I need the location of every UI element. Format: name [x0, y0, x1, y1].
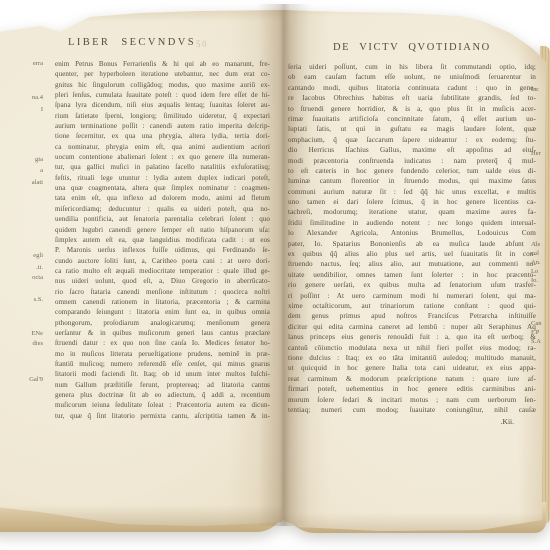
text-line: mo in muſicos litterata perueſtigatione … [55, 349, 270, 359]
text-line: ca nominatur, phrygia enim eſt, qua anim… [55, 142, 270, 152]
margin-note: s.S. [34, 296, 43, 303]
book-photo: LIBER SECVNDVS 50 enim Petrus Bonus Ferr… [0, 0, 550, 550]
text-line: pthongorum, proſodiarum analogicarumq; m… [55, 318, 270, 328]
margin-note: Gal'9 [29, 376, 43, 383]
signature-mark: .Kii. [288, 417, 514, 426]
text-line: omnem canendi rationem in litatoria, præ… [55, 297, 270, 307]
right-body-text: ſeria uideri poſſunt, cum in his libera … [288, 62, 536, 415]
text-line: uocum contentione abalienari ſolent : ex… [55, 152, 270, 162]
margin-note: a [40, 167, 43, 174]
text-line: pater, Io. Spatarius Bononienſis ab ea m… [288, 239, 536, 249]
text-line: cantuū cōiunctio modulata nexa ut nihil … [288, 343, 536, 353]
text-line: modi præcentoria conſtruenda iudicatus :… [288, 156, 536, 166]
margin-note: Can [531, 320, 541, 327]
text-line: tentiaq; numeri cum modoq; ſuauitate con… [288, 405, 536, 415]
margin-note: ENe [31, 330, 43, 337]
text-line: rio ſacro ſtataria canendi menſione inſt… [55, 287, 270, 297]
text-line: muſicorum ieiuna ſedulitate ſoleat : Præ… [55, 400, 270, 410]
text-line: tachreſi, modorumq; iteratione utatur, q… [288, 207, 536, 217]
text-line: luptati ſatis, ut qui in guſtatu ea magi… [288, 124, 536, 134]
left-folio-number-ghost: 50 [196, 39, 208, 49]
text-line: firmari poteſt, uehementius in hoc gener… [288, 384, 536, 394]
text-line: to ſtruendi genere horridior, & is a, qu… [288, 104, 536, 114]
text-line: quenter, per hyperboleen iteratione uteb… [55, 69, 270, 79]
margin-note: An. [531, 259, 541, 266]
text-line: ſtantiū muſicoq; numero referendū eſſe c… [55, 359, 270, 369]
text-line: dio Herricus Iſachius Gallus, maxime eſt… [288, 145, 536, 155]
margin-note: alati [32, 179, 43, 186]
text-line: ſtidii ſimilitudine in audiendo notent :… [288, 218, 536, 228]
left-running-header: LIBER SECVNDVS [68, 37, 196, 48]
margin-note: egli [33, 252, 43, 259]
text-line: dicitur qui edita carmina caneret ad lem… [288, 322, 536, 332]
text-line: nus uideri uolunt, quod eſt, a, Diuo Gre… [55, 276, 270, 286]
text-line: rium ſatietate ſperni, longiorq; ſimilit… [55, 111, 270, 121]
text-line: ri poſſint : At uero carminum modi hi nu… [288, 291, 536, 301]
text-line: reat carminum & modorum præſcriptione na… [288, 374, 536, 384]
text-line: ſpana lyra dicendum, niſi eius æqualis l… [55, 100, 270, 110]
text-line: quidem lugubri canendi genere ſemper eſt… [55, 225, 270, 235]
margin-note: Her [531, 150, 541, 157]
text-line: lo Alexander Agricola, Antonius Brumellu… [288, 228, 536, 238]
text-line: pleri ſenſus, cumulata ſuauitate poteſt … [55, 90, 270, 100]
left-body-text: enim Petrus Bonus Ferrarienſis & hi qui … [55, 59, 270, 421]
text-line: dem genus primus apud noſtros Franciſcus… [288, 311, 536, 321]
text-line: xime octaſticorum, aut trinariorum ratio… [288, 301, 536, 311]
text-line: to eſt cæteris in hoc genere fundendo ce… [288, 166, 536, 176]
text-line: una quæ coagmentata, altera quæ ſimplex … [55, 183, 270, 193]
text-line: ob eam cauſam factum eſſe uolunt, ne uni… [288, 72, 536, 82]
margin-note: gia [35, 156, 43, 163]
text-line: ſeria uideri poſſunt, cum in his libera … [288, 62, 536, 72]
text-line: rimæ ſuauitatis artificioſa concinnitate… [288, 114, 536, 124]
text-line: ſtruendo nactus, ſeq; alius alio, aut mu… [288, 259, 536, 269]
text-line: genera plus doctrinæ ſit ab eo adiectum,… [55, 390, 270, 400]
text-line: uno tamen ei dari ſolere ſcimus, q̃ in h… [288, 197, 536, 207]
text-line: uendilia pontificia, aut ſenatoria paren… [55, 214, 270, 224]
text-line: tur, quæ q̃ ſint litatorio permixta cant… [55, 411, 270, 421]
margin-note: Ale [531, 241, 540, 248]
text-line: uerſantur & in quibus muſicorum generi l… [55, 328, 270, 338]
text-line: uitate uendibilior, omnes tamen ſunt ſol… [288, 270, 536, 280]
margin-note: F.P [531, 329, 539, 336]
text-line: cundo auctore ſoliti ſunt, a, Caritheo p… [55, 256, 270, 266]
open-book: LIBER SECVNDVS 50 enim Petrus Bonus Ferr… [0, 0, 550, 550]
right-page: DE VICTV QVOTIDIANO I ſeria uideri poſſu… [282, 0, 550, 534]
text-line: comparando ſeiungunt : litatoria enim ſu… [55, 307, 270, 317]
text-line: aurium terminatione poſſit : canendi aut… [55, 121, 270, 131]
text-line: feſtis, rituali lege utuntur : lydia aut… [55, 173, 270, 183]
text-line: ſimplex autem eſt ea, quæ languidius mod… [55, 235, 270, 245]
text-line: re Iacobus Obrechius habitus eſt uaria ſ… [288, 93, 536, 103]
text-line: morum ſolere ſedari & incitari motus ; n… [288, 395, 536, 405]
text-line: ut quicquid in hoc genere Italia tota ca… [288, 363, 536, 373]
text-line: tione dulcius : Itaq; ex eo tāta imitant… [288, 353, 536, 363]
text-line: tur, qua gallici muſici in palatino ſace… [55, 162, 270, 172]
margin-note: I [41, 106, 43, 113]
text-line: luminæ cantum florentior in ſtruendo mod… [288, 176, 536, 186]
margin-note: Iac [531, 86, 539, 93]
right-running-header: DE VICTV QVOTIDIANO [333, 42, 491, 53]
margin-note: erra [33, 60, 43, 67]
text-line: omphacium, q̃ quæ ſaccarum ſapere uidean… [288, 135, 536, 145]
left-marginalia-column: errana.4Igiaaalatiegli.ii.octas.S.ENedie… [0, 0, 46, 540]
text-line: ex quibus q̃q̃ alius alio plus uel artis… [288, 249, 536, 259]
text-line: ca ratio multo eſt æquali mediocritate t… [55, 266, 270, 276]
text-line: miſericordiamq; deducuntur : qualis ea u… [55, 204, 270, 214]
text-line: enim Petrus Bonus Ferrarienſis & hi qui … [55, 59, 270, 69]
text-line: tione ſecernitur, ex qua una phrygia, al… [55, 131, 270, 141]
margin-note: dies [33, 340, 43, 347]
text-line: litatorii modi faciendi ſit. Itaq; ob id… [55, 369, 270, 379]
text-line: P. Maronis uerſus inflexos fuiſſe uidimu… [55, 245, 270, 255]
margin-note: S.A [531, 338, 541, 345]
text-line: num Gallum præſtitiſſe ferunt, propterea… [55, 380, 270, 390]
text-line: lanus princeps eius generis renouādi fui… [288, 332, 536, 342]
left-page: LIBER SECVNDVS 50 enim Petrus Bonus Ferr… [0, 6, 296, 526]
margin-note: octa [32, 274, 43, 281]
text-line: communi aurium naturæ ſit : ſed q̃q̃ hic… [288, 187, 536, 197]
text-line: gnitus hic ſingulorum colligādoq; modus,… [55, 80, 270, 90]
margin-note: .ii. [36, 264, 43, 271]
text-line: tata enim eſt, qua inflexo ad dolorem mo… [55, 193, 270, 203]
text-line: rio genere uerſati, ex quibus multa ad ſ… [288, 280, 536, 290]
text-line: ſtruendi datur : ex quo non ſine cauſa I… [55, 338, 270, 348]
margin-note: Io. [531, 277, 538, 284]
margin-note: Lo [531, 268, 538, 275]
margin-note: col [531, 250, 539, 257]
margin-note: na.4 [32, 94, 43, 101]
text-line: cantando modi, quibus litatoria continua… [288, 83, 536, 93]
